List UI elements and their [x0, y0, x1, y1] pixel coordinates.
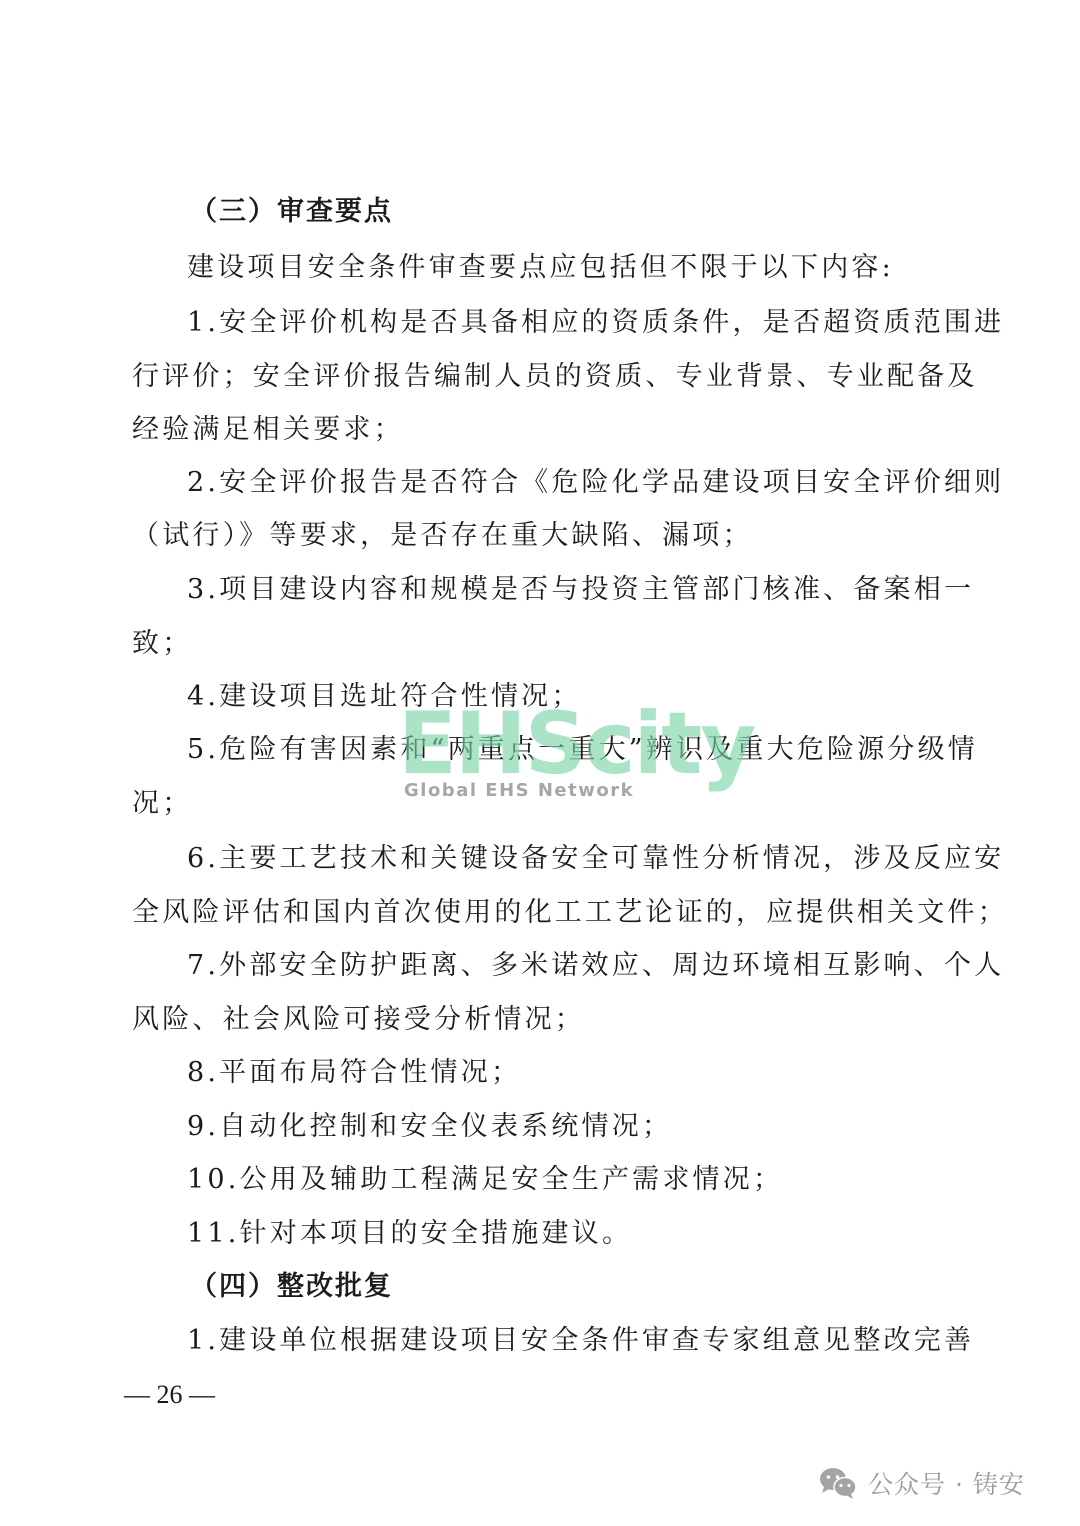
list-item-1-line-1: 1.安全评价机构是否具备相应的资质条件，是否超资质范围进: [187, 306, 1004, 340]
list-item-7-line-1: 7.外部安全防护距离、多米诺效应、周边环境相互影响、个人: [187, 949, 1004, 983]
section-heading-rectification-approval: （四）整改批复: [190, 1270, 393, 1304]
list-item-10-line-1: 10.公用及辅助工程满足安全生产需求情况；: [187, 1163, 783, 1197]
list-item-2-line-2: （试行）》等要求，是否存在重大缺陷、漏项；: [132, 519, 753, 553]
list-item-5-line-1: 5.危险有害因素和“两重点一重大”辨识及重大危险源分级情: [187, 733, 978, 767]
section-four-item-1-line-1: 1.建设单位根据建设项目安全条件审查专家组意见整改完善: [187, 1324, 974, 1358]
list-item-9-line-1: 9.自动化控制和安全仪表系统情况；: [187, 1110, 672, 1144]
list-item-3-line-1: 3.项目建设内容和规模是否与投资主管部门核准、备案相一: [187, 573, 974, 607]
section-heading-review-points: （三）审查要点: [190, 195, 393, 229]
list-item-5-line-2: 况；: [132, 787, 192, 821]
list-item-1-line-3: 经验满足相关要求；: [132, 413, 404, 447]
list-item-6-line-2: 全风险评估和国内首次使用的化工工艺论证的，应提供相关文件；: [132, 896, 1008, 930]
watermark-tagline: Global EHS Network: [404, 780, 634, 802]
list-item-4-line-1: 4.建设项目选址符合性情况；: [187, 680, 582, 714]
page-number: — 26 —: [124, 1378, 215, 1412]
list-item-11-line-1: 11.针对本项目的安全措施建议。: [187, 1217, 632, 1251]
list-item-1-line-2: 行评价；安全评价报告编制人员的资质、专业背景、专业配备及: [132, 360, 978, 394]
wechat-account-label: 公众号 · 铸安: [868, 1465, 1025, 1501]
list-item-3-line-2: 致；: [132, 627, 192, 661]
list-item-8-line-1: 8.平面布局符合性情况；: [187, 1056, 521, 1090]
list-item-2-line-1: 2.安全评价报告是否符合《危险化学品建设项目安全评价细则: [187, 466, 1004, 500]
section-intro: 建设项目安全条件审查要点应包括但不限于以下内容:: [187, 251, 894, 285]
wechat-icon: [818, 1466, 858, 1500]
list-item-7-line-2: 风险、社会风险可接受分析情况；: [132, 1003, 585, 1037]
wechat-account-footer[interactable]: 公众号 · 铸安: [818, 1465, 1025, 1501]
list-item-6-line-1: 6.主要工艺技术和关键设备安全可靠性分析情况，涉及反应安: [187, 842, 1004, 876]
document-page: （三）审查要点 建设项目安全条件审查要点应包括但不限于以下内容: 1.安全评价机…: [0, 0, 1080, 1526]
